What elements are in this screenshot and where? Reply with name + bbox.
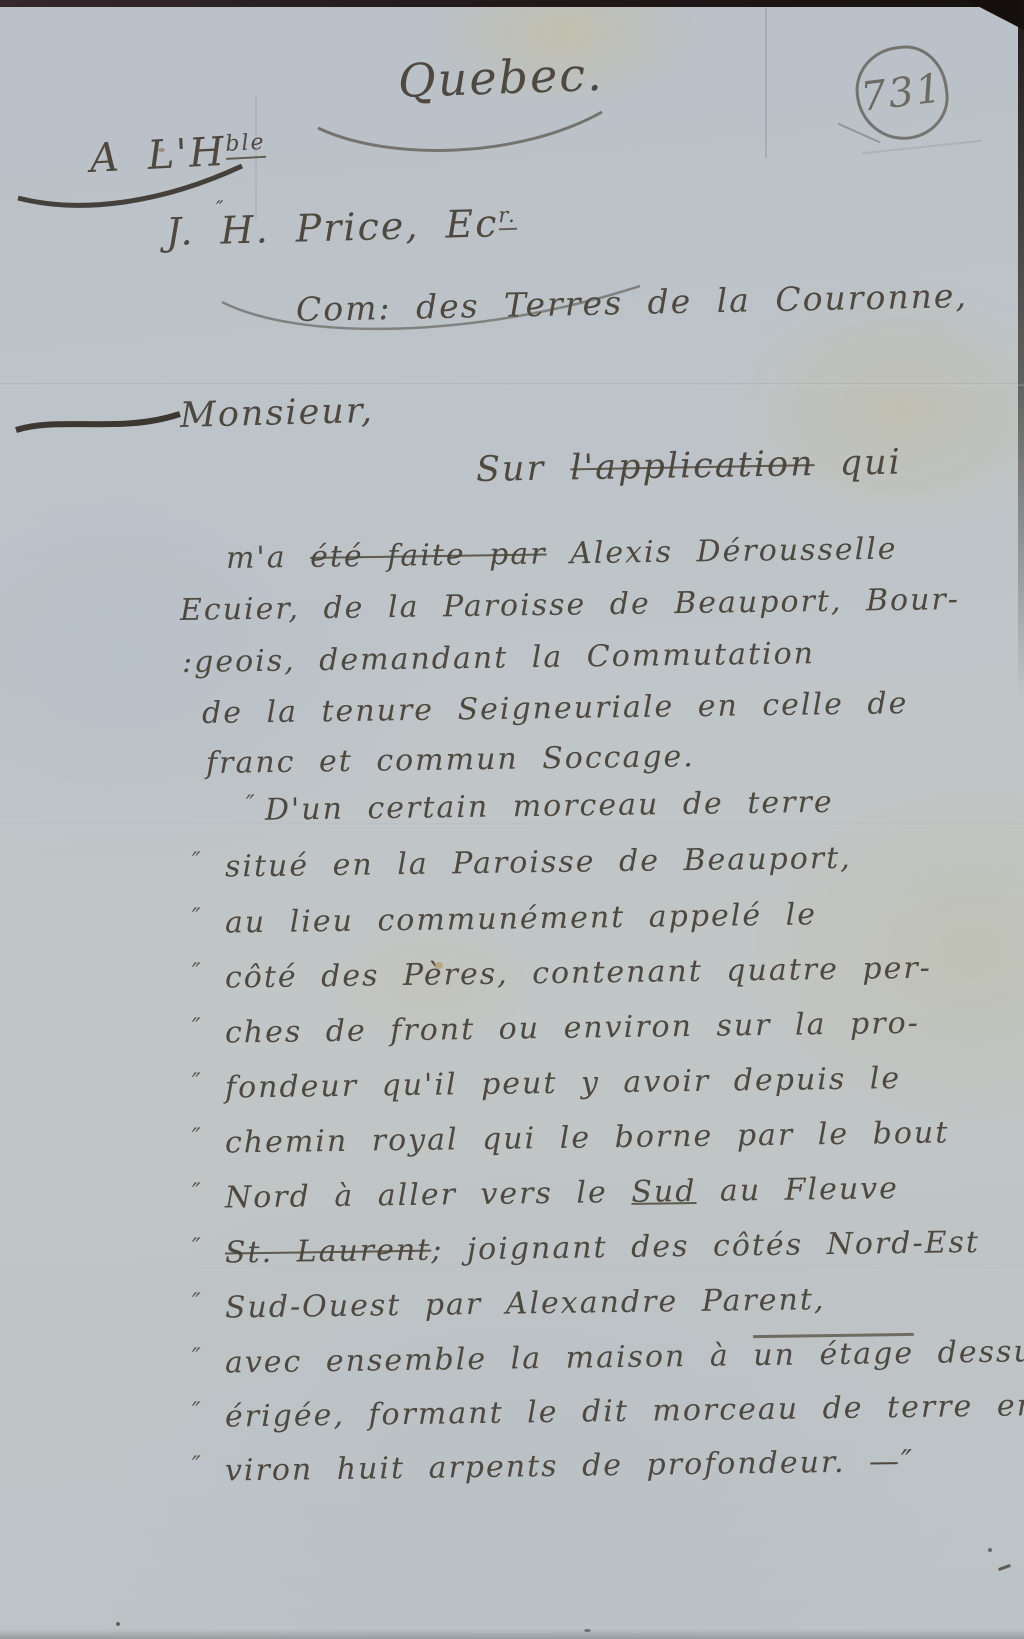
text-segment: Nord à aller vers le [225, 1175, 632, 1216]
ink-speck [584, 1629, 591, 1632]
text-segment: été faite par [310, 537, 547, 575]
recipient-name-superscript: r. [498, 203, 517, 230]
quote-mark: ″ [192, 847, 203, 875]
quote-mark: ″ [192, 1451, 203, 1479]
foxing-speck [158, 148, 165, 152]
crease-line [0, 383, 1024, 386]
quote-mark: ″ [192, 958, 203, 986]
salutation: Monsieur, [179, 391, 374, 436]
opening-line: Sur l'application qui [476, 443, 903, 490]
manuscript-scan: 731 Quebec. A L'Hble ″ J. H. Price, Ecr.… [0, 0, 1024, 1639]
quote-mark: ″ [192, 1397, 203, 1425]
crease-line [0, 1267, 1024, 1270]
quote-mark: ″ [192, 1288, 203, 1316]
body-line: franc et commun Soccage. [206, 739, 695, 781]
honorific-text: A L'H [89, 129, 227, 182]
text-segment: au Fleuve [696, 1171, 899, 1209]
quote-mark: ″ [192, 1068, 203, 1096]
ink-speck [116, 1622, 120, 1626]
quote-mark: ″ [192, 1178, 203, 1206]
honorific-superscript: ble [225, 129, 267, 159]
recipient-name-text: J. H. Price, Ec [165, 201, 499, 254]
quote-mark: ″ [192, 1233, 203, 1261]
text-segment: avec ensemble la maison à [225, 1338, 754, 1380]
text-segment: l'application [570, 444, 815, 488]
page-number: 731 [858, 65, 945, 121]
text-segment: m'a [226, 540, 311, 576]
quote-mark: ″ [192, 1013, 203, 1041]
quote-mark: ″ [192, 1123, 203, 1151]
text-segment: St. Laurent [225, 1233, 432, 1271]
text-segment: Alexis Dérousselle [546, 532, 897, 572]
quote-mark: ″ [192, 1343, 203, 1371]
address-honorific: A L'Hble [89, 127, 267, 182]
quote-mark: ″ [192, 903, 203, 931]
ink-speck [988, 1548, 992, 1552]
crease-line [765, 8, 767, 158]
scan-bottom-shade [0, 1629, 1024, 1639]
text-segment: Sur [476, 448, 571, 490]
foxing-speck [434, 962, 443, 969]
quote-mark: ″ [246, 790, 257, 818]
text-segment: Sud [631, 1174, 697, 1210]
scan-right-edge [1018, 0, 1024, 700]
recipient-name: J. H. Price, Ecr. [165, 201, 517, 254]
text-segment: un étage [753, 1336, 914, 1373]
text-segment: franc et commun Soccage. [206, 739, 695, 781]
text-segment: dessus [914, 1334, 1024, 1371]
text-segment: qui [814, 443, 902, 485]
place-heading: Quebec. [397, 47, 604, 108]
scan-top-edge [0, 0, 1024, 7]
